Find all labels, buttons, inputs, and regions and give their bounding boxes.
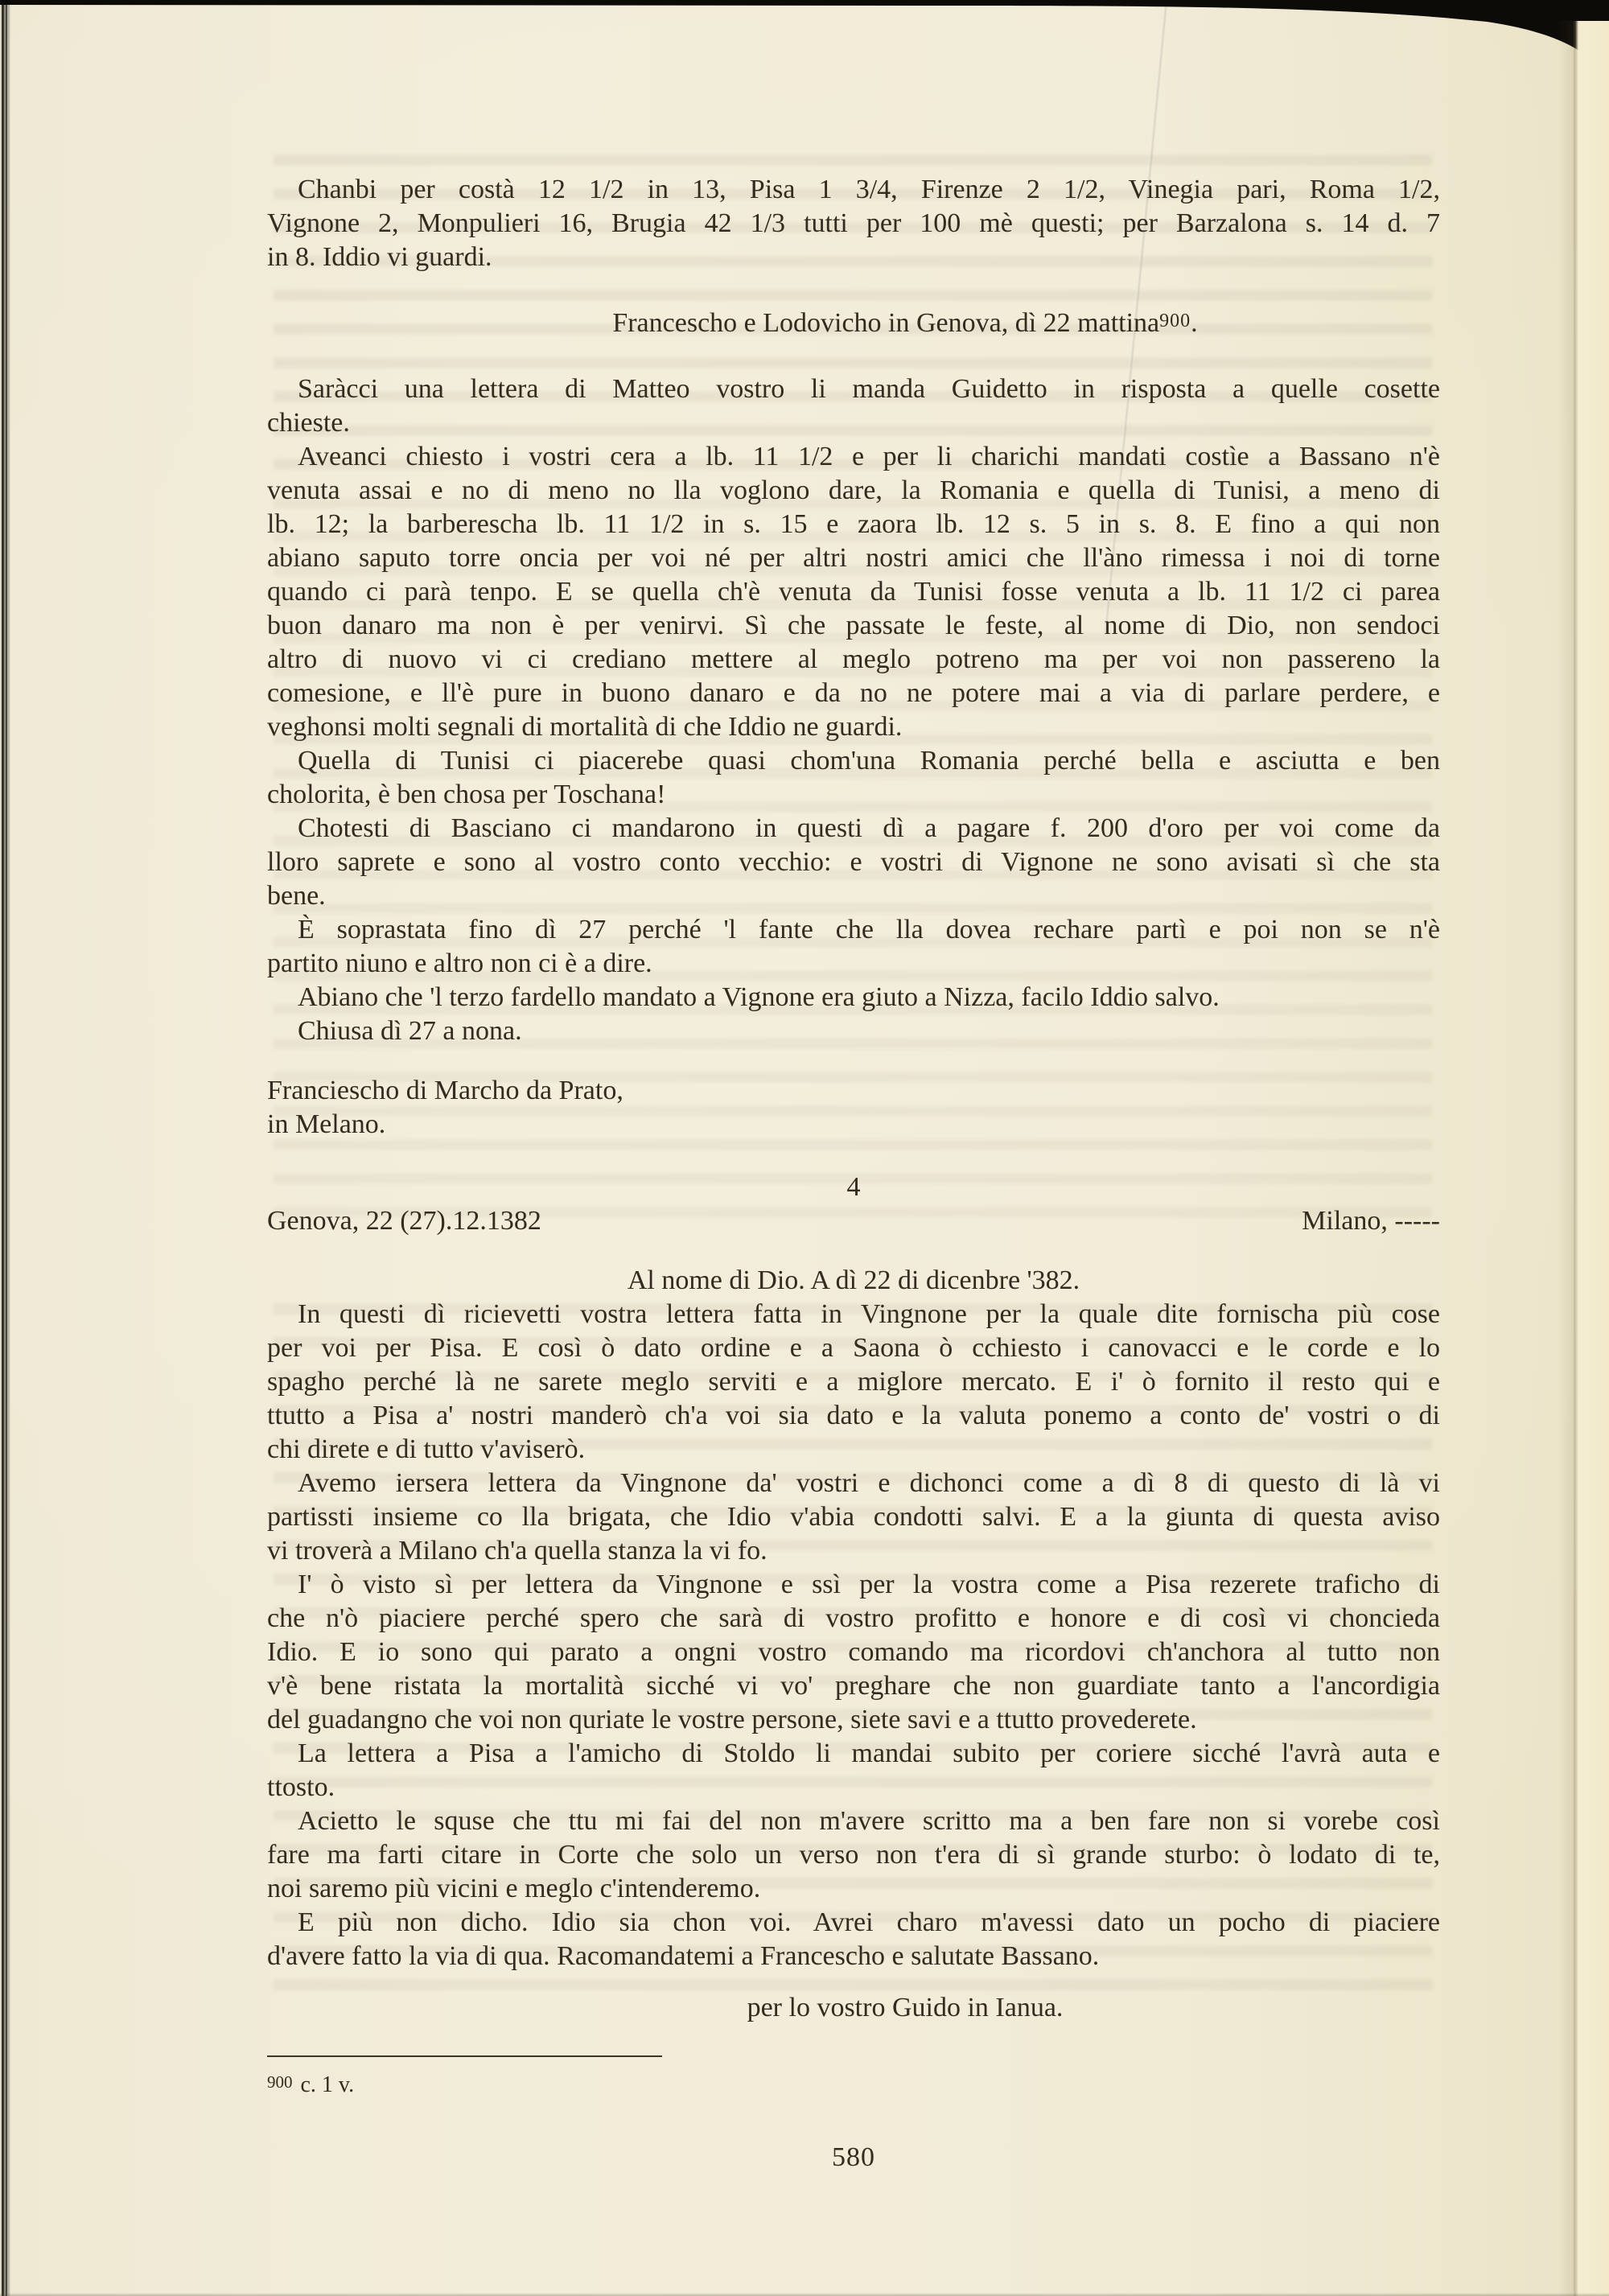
text-line: lloro saprete e sono al vostro conto vec… xyxy=(267,846,1440,879)
text-line: Chanbi per costà 12 1/2 in 13, Pisa 1 3/… xyxy=(267,173,1440,207)
paragraph: Aveanci chiesto i vostri cera a lb. 11 1… xyxy=(267,440,1440,744)
text-line: chi direte e di tutto v'aviserò. xyxy=(267,1433,1440,1467)
book-scan-page: { "scan": { "paper_color": "#f1ecd8", "e… xyxy=(0,0,1609,2296)
page-number: 580 xyxy=(267,2141,1440,2175)
text-line: I' ò visto sì per lettera da Vingnone e … xyxy=(267,1568,1440,1602)
text-line: Chiusa dì 27 a nona. xyxy=(267,1014,1440,1048)
paragraph: La lettera a Pisa a l'amicho di Stoldo l… xyxy=(267,1737,1440,1804)
text-line: In questi dì ricievetti vostra lettera f… xyxy=(267,1298,1440,1331)
dateline-origin: Genova, 22 (27).12.1382 xyxy=(267,1204,541,1238)
paragraph: I' ò visto sì per lettera da Vingnone e … xyxy=(267,1568,1440,1737)
text-line: È soprastata fino dì 27 perché 'l fante … xyxy=(267,913,1440,947)
paragraph: Quella di Tunisi ci piacerebe quasi chom… xyxy=(267,744,1440,812)
text-line: Abiano che 'l terzo fardello mandato a V… xyxy=(267,981,1440,1014)
text-line: E più non dicho. Idio sia chon voi. Avre… xyxy=(267,1906,1440,1940)
text-line: partissti insieme co lla brigata, che Id… xyxy=(267,1500,1440,1534)
text-line: che n'ò piaciere perché spero che sarà d… xyxy=(267,1602,1440,1636)
letter-address-line: Francescho e Lodovicho in Genova, dì 22 … xyxy=(267,307,1440,340)
paragraph: È soprastata fino dì 27 perché 'l fante … xyxy=(267,913,1440,981)
footnote-marker: 900 xyxy=(267,2072,293,2092)
text-line: chieste. xyxy=(267,406,1440,440)
signature-block: Franciescho di Marcho da Prato,in Melano… xyxy=(267,1074,1440,1142)
address-text: Francescho e Lodovicho in Genova, dì 22 … xyxy=(612,308,1159,338)
text-line: Vignone 2, Monpulieri 16, Brugia 42 1/3 … xyxy=(267,207,1440,241)
text-line: quando ci parà tenpo. E se quella ch'è v… xyxy=(267,575,1440,609)
text-line: lb. 12; la barberescha lb. 11 1/2 in s. … xyxy=(267,508,1440,541)
section-number: 4 xyxy=(267,1171,1440,1204)
text-line: vi troverà a Milano ch'a quella stanza l… xyxy=(267,1534,1440,1568)
scan-left-page-edges xyxy=(0,0,11,2296)
text-line: d'avere fatto la via di qua. Racomandate… xyxy=(267,1940,1440,1973)
paragraph: Avemo iersera lettera da Vingnone da' vo… xyxy=(267,1467,1440,1568)
address-suffix: . xyxy=(1191,308,1198,338)
text-line: in Melano. xyxy=(267,1108,1440,1142)
text-line: altro di nuovo vi ci crediano mettere al… xyxy=(267,643,1440,677)
dateline: Genova, 22 (27).12.1382 Milano, ----- xyxy=(267,1204,1440,1238)
text-line: per voi per Pisa. E così ò dato ordine e… xyxy=(267,1331,1440,1365)
text-line: Saràcci una lettera di Matteo vostro li … xyxy=(267,372,1440,406)
page-fold-shade xyxy=(1558,21,1574,2296)
text-line: La lettera a Pisa a l'amicho di Stoldo l… xyxy=(267,1737,1440,1771)
text-line: Franciescho di Marcho da Prato, xyxy=(267,1074,1440,1108)
text-line: ttutto a Pisa a' nostri manderò ch'a voi… xyxy=(267,1399,1440,1433)
text-line: Aveanci chiesto i vostri cera a lb. 11 1… xyxy=(267,440,1440,474)
text-line: venuta assai e no di meno no lla voglono… xyxy=(267,474,1440,508)
salutation: Al nome di Dio. A dì 22 di dicenbre '382… xyxy=(267,1264,1440,1298)
text-line: Acietto le squse che ttu mi fai del non … xyxy=(267,1804,1440,1838)
text-line: noi saremo più vicini e meglo c'intender… xyxy=(267,1872,1440,1906)
paragraph: In questi dì ricievetti vostra lettera f… xyxy=(267,1298,1440,1467)
footnote-reference: 900 xyxy=(1159,311,1191,331)
footnote-text: c. 1 v. xyxy=(301,2072,355,2097)
text-line: ttosto. xyxy=(267,1771,1440,1804)
text-line: in 8. Iddio vi guardi. xyxy=(267,241,1440,274)
footnote: 900c. 1 v. xyxy=(267,2068,1440,2099)
paragraph: Chanbi per costà 12 1/2 in 13, Pisa 1 3/… xyxy=(267,173,1440,274)
paragraph: Chotesti di Basciano ci mandarono in que… xyxy=(267,812,1440,913)
text-line: Avemo iersera lettera da Vingnone da' vo… xyxy=(267,1467,1440,1500)
text-line: spagho perché là ne sarete meglo serviti… xyxy=(267,1365,1440,1399)
paragraph: Abiano che 'l terzo fardello mandato a V… xyxy=(267,981,1440,1014)
text-line: cholorita, è ben chosa per Toschana! xyxy=(267,778,1440,812)
paragraph: Saràcci una lettera di Matteo vostro li … xyxy=(267,372,1440,440)
scan-top-edge xyxy=(0,0,1609,97)
text-line: veghonsi molti segnali di mortalità di c… xyxy=(267,710,1440,744)
text-line: Chotesti di Basciano ci mandarono in que… xyxy=(267,812,1440,846)
text-block: Chanbi per costà 12 1/2 in 13, Pisa 1 3/… xyxy=(267,173,1440,2175)
text-line: Idio. E io sono qui parato a ongni vostr… xyxy=(267,1636,1440,1669)
paragraph: Chiusa dì 27 a nona. xyxy=(267,1014,1440,1048)
text-line: fare ma farti citare in Corte che solo u… xyxy=(267,1838,1440,1872)
text-line: v'è bene ristata la mortalità sicché vi … xyxy=(267,1669,1440,1703)
paragraph: Chanbi per costà 12 1/2 in 13, Pisa 1 3/… xyxy=(267,173,1440,274)
text-line: del guadangno che voi non quriate le vos… xyxy=(267,1703,1440,1737)
letter-closing: per lo vostro Guido in Ianua. xyxy=(267,1991,1440,2025)
letter-body: In questi dì ricievetti vostra lettera f… xyxy=(267,1298,1440,1973)
text-line: abiano saputo torre oncia per voi né per… xyxy=(267,541,1440,575)
adjacent-page-edge xyxy=(1574,21,1609,2296)
text-line: bene. xyxy=(267,879,1440,913)
scan-bottom-edge xyxy=(0,2293,1609,2296)
paragraph: Acietto le squse che ttu mi fai del non … xyxy=(267,1804,1440,1906)
text-line: partito niuno e altro non ci è a dire. xyxy=(267,947,1440,981)
footnote-rule xyxy=(267,2055,662,2057)
letter-body: Saràcci una lettera di Matteo vostro li … xyxy=(267,372,1440,1048)
text-line: comesione, e ll'è pure in buono danaro e… xyxy=(267,677,1440,710)
text-line: buon danaro ma non è per venirvi. Sì che… xyxy=(267,609,1440,643)
paragraph: E più non dicho. Idio sia chon voi. Avre… xyxy=(267,1906,1440,1973)
dateline-destination: Milano, ----- xyxy=(1302,1204,1440,1238)
text-line: Quella di Tunisi ci piacerebe quasi chom… xyxy=(267,744,1440,778)
